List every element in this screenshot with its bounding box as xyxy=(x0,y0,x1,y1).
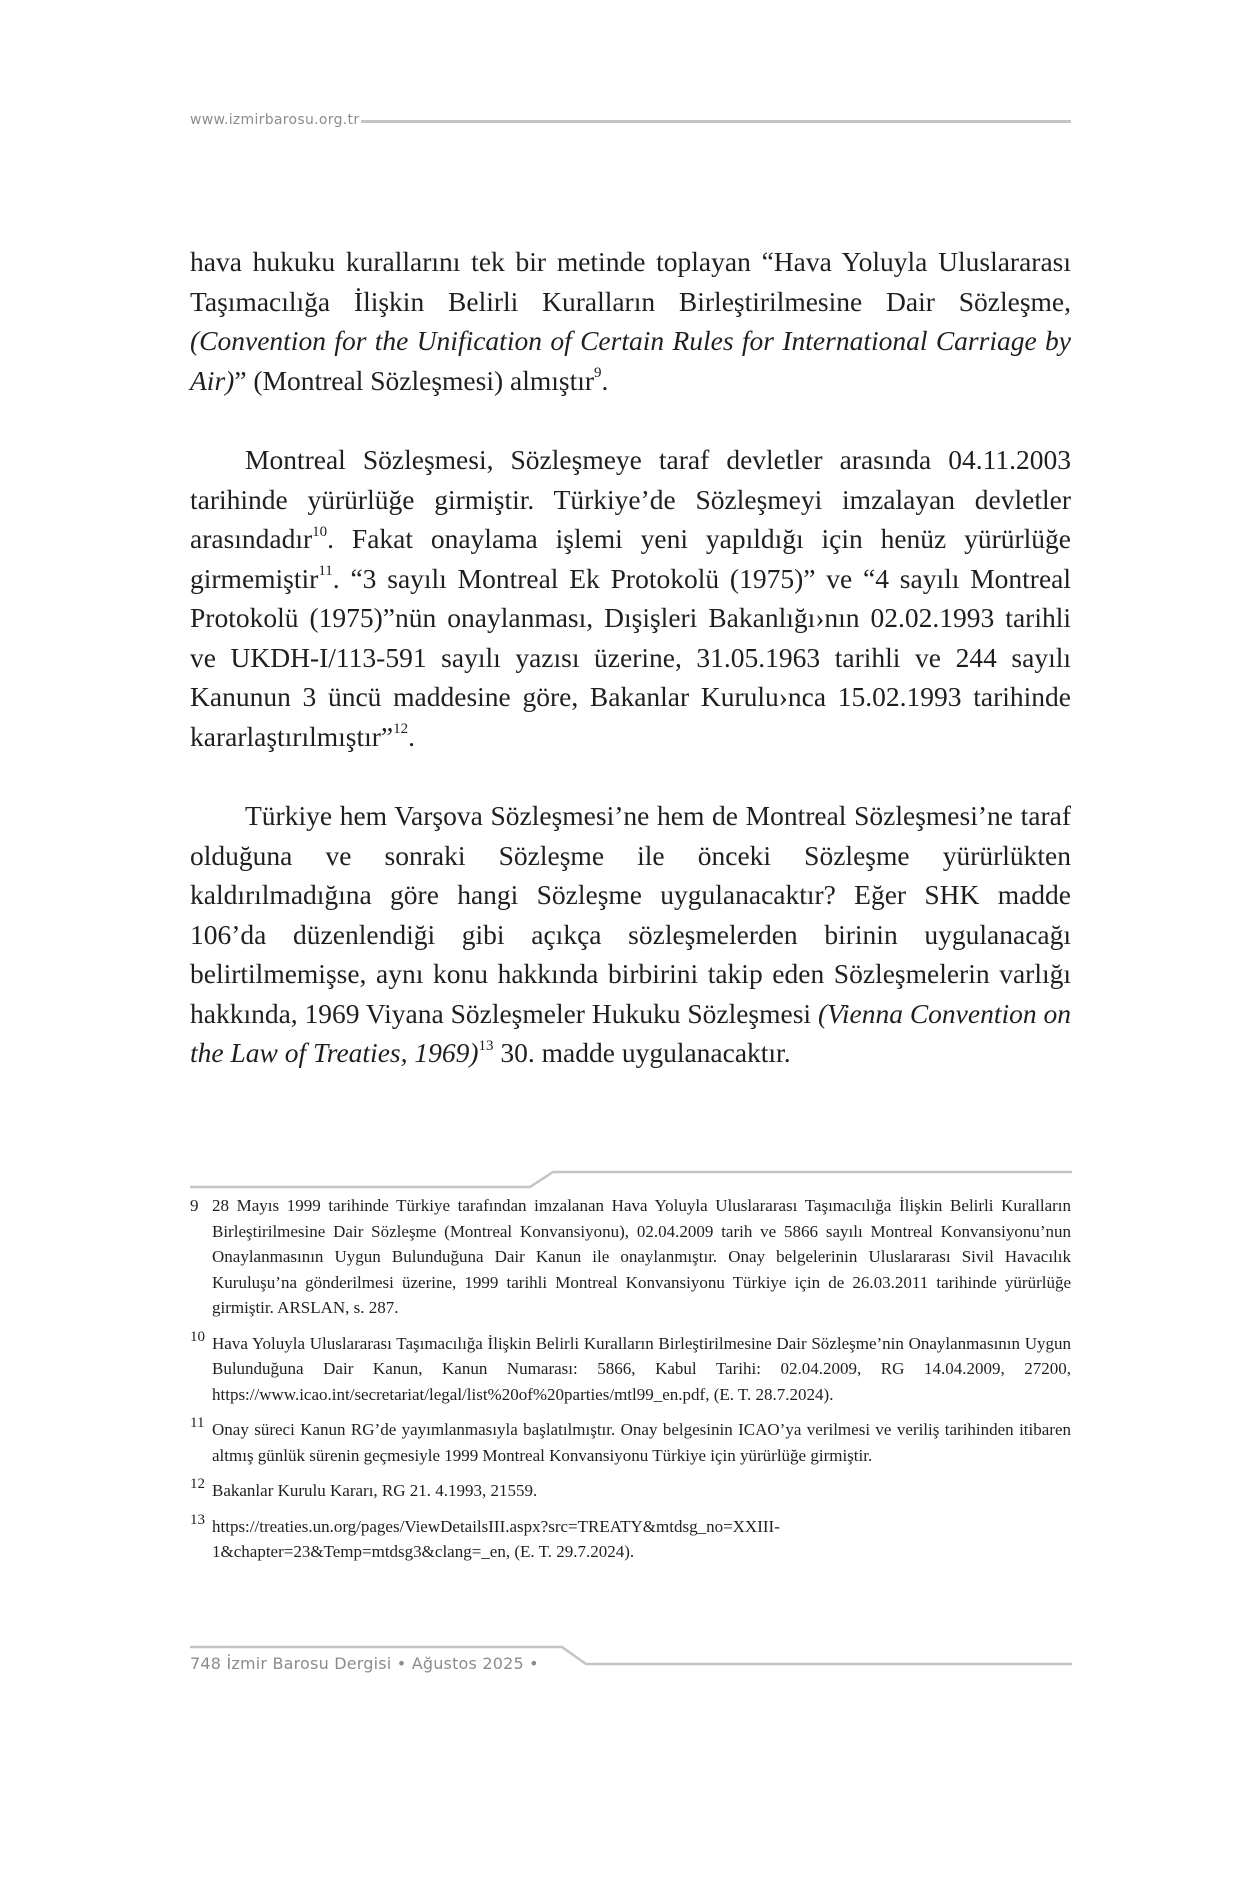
footnote-number: 9 xyxy=(190,1193,212,1321)
text-run: . xyxy=(602,365,609,396)
header-url: www.izmirbarosu.org.tr xyxy=(190,112,359,128)
page-header: www.izmirbarosu.org.tr xyxy=(190,110,1071,130)
paragraph-2: Montreal Sözleşmesi, Sözleşmeye taraf de… xyxy=(190,440,1071,756)
header-rule xyxy=(361,120,1071,123)
footnote-9: 9 28 Mayıs 1999 tarihinde Türkiye tarafı… xyxy=(190,1193,1071,1321)
paragraph-1: hava hukuku kurallarını tek bir metinde … xyxy=(190,242,1071,400)
footnote-separator xyxy=(190,1168,1072,1190)
text-run: . “3 sayılı Montreal Ek Protokolü (1975)… xyxy=(190,563,1071,752)
document-page: www.izmirbarosu.org.tr hava hukuku kural… xyxy=(0,0,1260,1890)
footnote-ref[interactable]: 12 xyxy=(393,721,408,737)
page-number: 748 xyxy=(190,1654,221,1673)
page-footer: 748 İzmir Barosu Dergisi • Ağustos 2025 … xyxy=(190,1654,539,1673)
footnote-number: 13 xyxy=(190,1508,212,1559)
footnote-ref[interactable]: 9 xyxy=(594,365,602,381)
footnote-number: 11 xyxy=(190,1411,212,1462)
footnote-text: Hava Yoluyla Uluslararası Taşımacılığa İ… xyxy=(212,1331,1071,1408)
text-run: . xyxy=(408,721,415,752)
footnotes: 9 28 Mayıs 1999 tarihinde Türkiye tarafı… xyxy=(190,1193,1071,1565)
body-text: hava hukuku kurallarını tek bir metinde … xyxy=(190,242,1071,1073)
footer-bullet: • xyxy=(529,1654,539,1673)
footnote-text: Bakanlar Kurulu Kararı, RG 21. 4.1993, 2… xyxy=(212,1478,1071,1504)
footer-bullet: • xyxy=(397,1654,407,1673)
issue-date: Ağustos 2025 xyxy=(412,1654,524,1673)
footnote-text: https://treaties.un.org/pages/ViewDetail… xyxy=(212,1514,1071,1565)
text-run: ” (Montreal Sözleşmesi) almıştır xyxy=(234,365,594,396)
footnote-number: 10 xyxy=(190,1325,212,1402)
paragraph-3: Türkiye hem Varşova Sözleşmesi’ne hem de… xyxy=(190,796,1071,1073)
footnote-11: 11 Onay süreci Kanun RG’de yayımlanmasıy… xyxy=(190,1417,1071,1468)
footnote-13: 13 https://treaties.un.org/pages/ViewDet… xyxy=(190,1514,1071,1565)
journal-name: İzmir Barosu Dergisi xyxy=(226,1654,391,1673)
footnote-ref[interactable]: 10 xyxy=(312,524,327,540)
footnote-text: Onay süreci Kanun RG’de yayımlanmasıyla … xyxy=(212,1417,1071,1468)
footnote-10: 10 Hava Yoluyla Uluslararası Taşımacılığ… xyxy=(190,1331,1071,1408)
text-run: hava hukuku kurallarını tek bir metinde … xyxy=(190,246,1071,317)
footnote-ref[interactable]: 11 xyxy=(318,563,332,579)
footnote-12: 12 Bakanlar Kurulu Kararı, RG 21. 4.1993… xyxy=(190,1478,1071,1504)
footnote-text: 28 Mayıs 1999 tarihinde Türkiye tarafınd… xyxy=(212,1193,1071,1321)
footnote-number: 12 xyxy=(190,1472,212,1498)
footnote-ref[interactable]: 13 xyxy=(479,1038,494,1054)
text-run: Türkiye hem Varşova Sözleşmesi’ne hem de… xyxy=(190,800,1071,1029)
text-run: 30. madde uygulanacaktır. xyxy=(494,1037,791,1068)
